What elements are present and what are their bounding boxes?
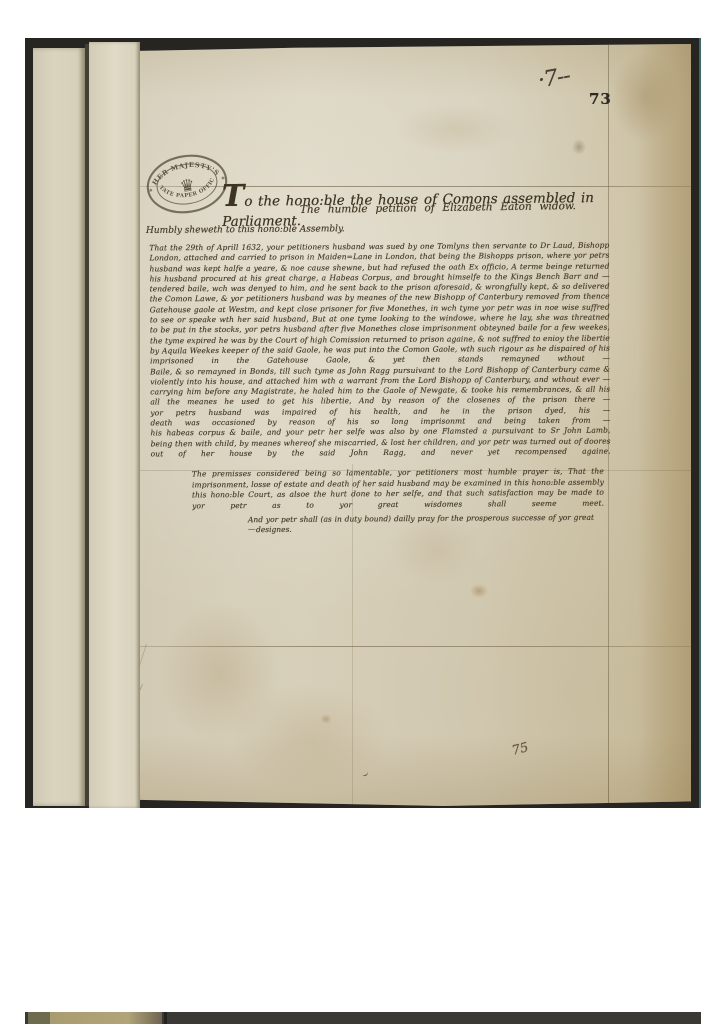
book-leaf-edge xyxy=(33,48,85,806)
stain xyxy=(230,684,390,794)
crown-icon: ♛ xyxy=(178,175,196,196)
scanned-document-view: * HER MAJESTY'S * STATE PAPER OFFICE ♛ ·… xyxy=(0,0,724,1024)
next-photo-leaf-edge xyxy=(28,1012,50,1024)
next-photo-seam xyxy=(164,1012,167,1024)
petition-salutation: Humbly sheweth to this hono:ble Assembly… xyxy=(146,224,360,236)
petition-body: That the 29th of Aprill 1632, your petit… xyxy=(149,241,610,460)
next-photo-page-edge xyxy=(50,1012,162,1024)
stain xyxy=(470,584,488,598)
manuscript-line: yor petr as to yor great wisdomes shall … xyxy=(192,498,604,511)
stain xyxy=(610,52,680,142)
petition-closing-line: designes. xyxy=(256,525,292,534)
photograph-area: * HER MAJESTY'S * STATE PAPER OFFICE ♛ ·… xyxy=(25,38,701,808)
petition-prayer: The premisses considered being so lament… xyxy=(192,467,604,512)
ink-mark xyxy=(361,769,369,777)
stain xyxy=(160,604,280,744)
manuscript-line: out of her house by the said John Ragg, … xyxy=(151,447,611,460)
stain xyxy=(638,44,691,806)
folio-number-stamped: 73 xyxy=(589,90,612,108)
stain xyxy=(320,714,332,724)
fold-crease-horizontal xyxy=(140,646,691,647)
photo-edge-line xyxy=(699,38,701,808)
stain xyxy=(572,139,586,155)
stain xyxy=(140,734,691,806)
stain xyxy=(395,104,515,154)
folio-number-ink: ·7-- xyxy=(536,63,572,93)
state-paper-office-stamp: * HER MAJESTY'S * STATE PAPER OFFICE ♛ xyxy=(139,142,235,227)
next-photo-sliver xyxy=(25,1012,701,1024)
petition-closing-line: And yor petr shall (as in duty bound) da… xyxy=(248,513,594,533)
book-leaf-edge xyxy=(89,42,140,808)
folio-number-pencil: 75 xyxy=(510,740,530,759)
manuscript-page: * HER MAJESTY'S * STATE PAPER OFFICE ♛ ·… xyxy=(140,44,691,806)
